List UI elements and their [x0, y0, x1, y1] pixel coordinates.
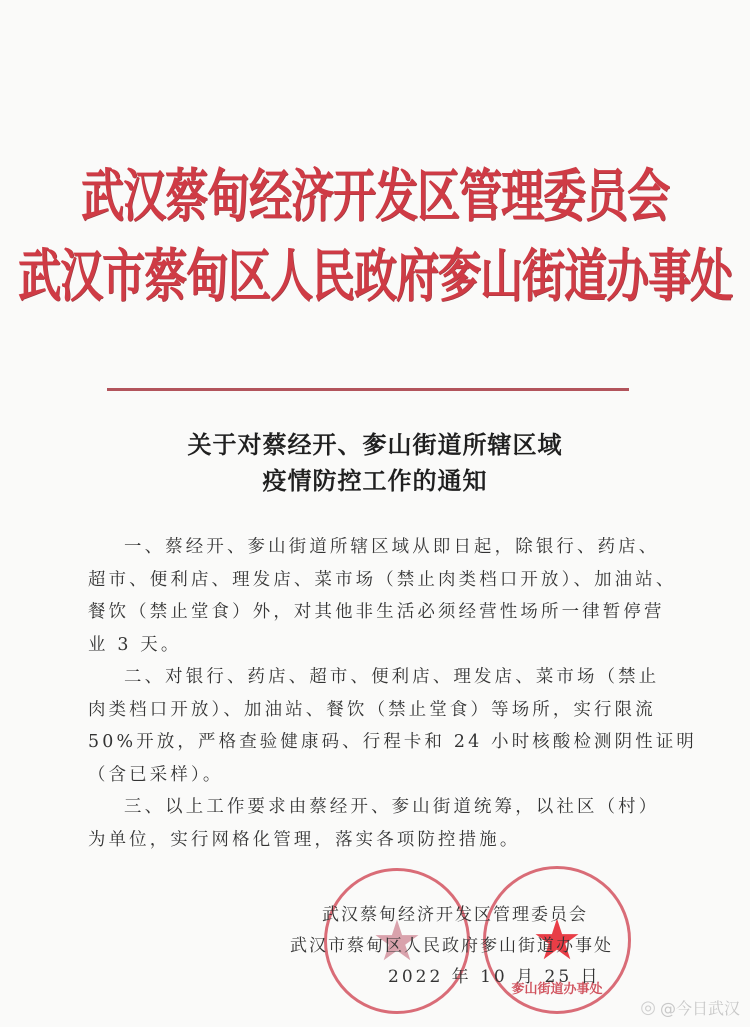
- document-title-line-2: 疫情防控工作的通知: [0, 461, 750, 496]
- document-page: 武汉蔡甸经济开发区管理委员会 武汉市蔡甸区人民政府奓山街道办事处 关于对蔡经开、…: [0, 0, 750, 1027]
- paragraph-2: 二、对银行、药店、超市、便利店、理发店、菜市场（禁止 肉类档口开放）、加油站、餐…: [88, 661, 668, 791]
- weibo-watermark: ◎ @今日武汉: [640, 996, 740, 1019]
- paragraph-line: 超市、便利店、理发店、菜市场（禁止肉类档口开放）、加油站、: [88, 564, 668, 597]
- paragraph-line: 为单位，实行网格化管理，落实各项防控措施。: [88, 824, 668, 857]
- weibo-icon: ◎: [640, 997, 656, 1018]
- paragraph-line: 一、蔡经开、奓山街道所辖区域从即日起，除银行、药店、: [88, 531, 668, 564]
- issuer-header-line-1: 武汉蔡甸经济开发区管理委员会: [0, 152, 750, 233]
- signature-issuer-1: 武汉蔡甸经济开发区管理委员会: [322, 900, 750, 925]
- paragraph-line: 餐饮（禁止堂食）外，对其他非生活必须经营性场所一律暂停营: [88, 596, 668, 629]
- watermark-text: @今日武汉: [660, 996, 740, 1019]
- paragraph-line: 50%开放，严格查验健康码、行程卡和 24 小时核酸检测阴性证明: [88, 726, 668, 759]
- paragraph-line: 二、对银行、药店、超市、便利店、理发店、菜市场（禁止: [88, 661, 668, 694]
- document-title-line-1: 关于对蔡经开、奓山街道所辖区域: [0, 425, 750, 460]
- paragraph-3: 三、以上工作要求由蔡经开、奓山街道统筹，以社区（村） 为单位，实行网格化管理，落…: [88, 791, 668, 856]
- issuer-header-line-2: 武汉市蔡甸区人民政府奓山街道办事处: [0, 232, 750, 313]
- paragraph-line: 肉类档口开放）、加油站、餐饮（禁止堂食）等场所，实行限流: [88, 694, 668, 727]
- signature-date: 2022 年 10 月 25 日: [388, 962, 750, 987]
- paragraph-line: （含已采样）。: [88, 759, 668, 792]
- paragraph-line: 三、以上工作要求由蔡经开、奓山街道统筹，以社区（村）: [88, 791, 668, 824]
- paragraph-line: 业 3 天。: [88, 629, 668, 662]
- red-divider-line: [107, 388, 629, 391]
- paragraph-1: 一、蔡经开、奓山街道所辖区域从即日起，除银行、药店、 超市、便利店、理发店、菜市…: [88, 531, 668, 661]
- signature-issuer-2: 武汉市蔡甸区人民政府奓山街道办事处: [290, 931, 750, 956]
